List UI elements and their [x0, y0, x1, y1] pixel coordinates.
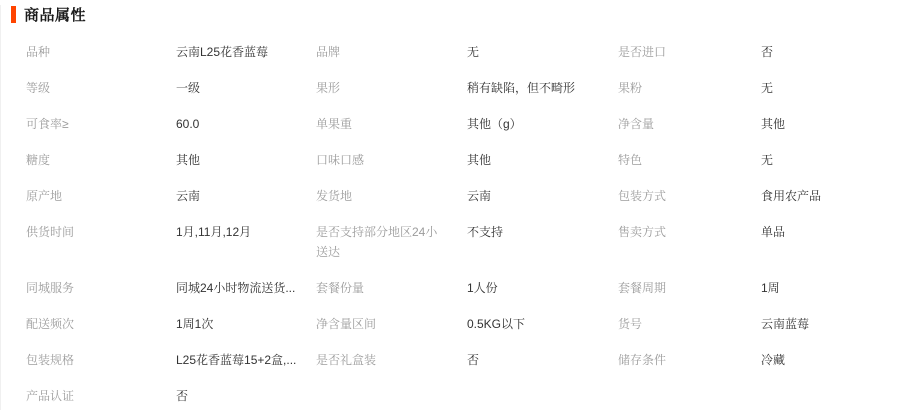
attr-label: 原产地	[26, 186, 156, 206]
attr-label: 售卖方式	[618, 222, 748, 242]
attr-value: 1月,11月,12月	[176, 222, 316, 242]
attr-value: 食用农产品	[761, 186, 911, 206]
attr-value: 0.5KG以下	[467, 314, 618, 334]
attr-value: 否	[467, 350, 618, 370]
attr-value: 60.0	[176, 114, 316, 134]
attr-label: 是否礼盒装	[316, 350, 446, 370]
product-attributes-panel: 商品属性 品种 云南L25花香蓝莓 品牌 无 是否进口 否 等级 一级 果形 稍…	[0, 5, 911, 410]
attr-label: 可食率≥	[26, 114, 156, 134]
attr-value: 1人份	[467, 278, 618, 298]
attr-value: 无	[467, 42, 618, 62]
title-accent-bar	[11, 6, 16, 23]
attr-value: 其他	[761, 114, 911, 134]
attr-value: 其他（g）	[467, 114, 618, 134]
attr-value: 单品	[761, 222, 911, 242]
attr-row: 糖度 其他 口味口感 其他 特色 无	[26, 150, 911, 170]
attr-label: 果形	[316, 78, 446, 98]
attr-label: 套餐周期	[618, 278, 748, 298]
attr-label: 品种	[26, 42, 156, 62]
attr-value: 同城24小时物流送货...	[176, 278, 316, 298]
attr-row: 产品认证 否	[26, 386, 911, 406]
attr-label: 是否支持部分地区24小送达	[316, 222, 446, 262]
attr-row: 同城服务 同城24小时物流送货... 套餐份量 1人份 套餐周期 1周	[26, 278, 911, 298]
attr-value: 不支持	[467, 222, 618, 242]
attr-value: 冷藏	[761, 350, 911, 370]
attr-label: 单果重	[316, 114, 446, 134]
attr-row: 等级 一级 果形 稍有缺陷，但不畸形 果粉 无	[26, 78, 911, 98]
attr-label: 供货时间	[26, 222, 156, 242]
attr-label: 套餐份量	[316, 278, 446, 298]
attr-value: 1周1次	[176, 314, 316, 334]
attr-row: 包装规格 L25花香蓝莓15+2盒,... 是否礼盒装 否 储存条件 冷藏	[26, 350, 911, 370]
attr-label: 品牌	[316, 42, 446, 62]
section-header: 商品属性	[11, 5, 911, 24]
attr-value: 1周	[761, 278, 911, 298]
attr-label: 果粉	[618, 78, 748, 98]
attributes-table: 品种 云南L25花香蓝莓 品牌 无 是否进口 否 等级 一级 果形 稍有缺陷，但…	[1, 24, 911, 406]
attr-value: 稍有缺陷，但不畸形	[467, 78, 618, 98]
attr-value: 无	[761, 150, 911, 170]
attr-label: 同城服务	[26, 278, 156, 298]
attr-label: 口味口感	[316, 150, 446, 170]
attr-label: 储存条件	[618, 350, 748, 370]
attr-row: 品种 云南L25花香蓝莓 品牌 无 是否进口 否	[26, 42, 911, 62]
attr-value: L25花香蓝莓15+2盒,...	[176, 350, 316, 370]
attr-row: 配送频次 1周1次 净含量区间 0.5KG以下 货号 云南蓝莓	[26, 314, 911, 334]
attr-value: 无	[761, 78, 911, 98]
attr-label: 包装方式	[618, 186, 748, 206]
attr-value: 云南L25花香蓝莓	[176, 42, 316, 62]
attr-label: 特色	[618, 150, 748, 170]
attr-value: 云南	[176, 186, 316, 206]
attr-row: 原产地 云南 发货地 云南 包装方式 食用农产品	[26, 186, 911, 206]
attr-value: 云南	[467, 186, 618, 206]
attr-value: 一级	[176, 78, 316, 98]
attr-label: 配送频次	[26, 314, 156, 334]
attr-value: 云南蓝莓	[761, 314, 911, 334]
attr-value: 其他	[176, 150, 316, 170]
attr-label: 等级	[26, 78, 156, 98]
attr-label: 净含量区间	[316, 314, 446, 334]
attr-label: 货号	[618, 314, 748, 334]
attr-label: 是否进口	[618, 42, 748, 62]
attr-row: 供货时间 1月,11月,12月 是否支持部分地区24小送达 不支持 售卖方式 单…	[26, 222, 911, 262]
page-title: 商品属性	[24, 4, 86, 25]
attr-row: 可食率≥ 60.0 单果重 其他（g） 净含量 其他	[26, 114, 911, 134]
attr-label: 净含量	[618, 114, 748, 134]
attr-value: 否	[761, 42, 911, 62]
attr-label: 包装规格	[26, 350, 156, 370]
attr-label: 糖度	[26, 150, 156, 170]
attr-label: 产品认证	[26, 386, 156, 406]
attr-value: 否	[176, 386, 316, 406]
attr-label: 发货地	[316, 186, 446, 206]
attr-value: 其他	[467, 150, 618, 170]
